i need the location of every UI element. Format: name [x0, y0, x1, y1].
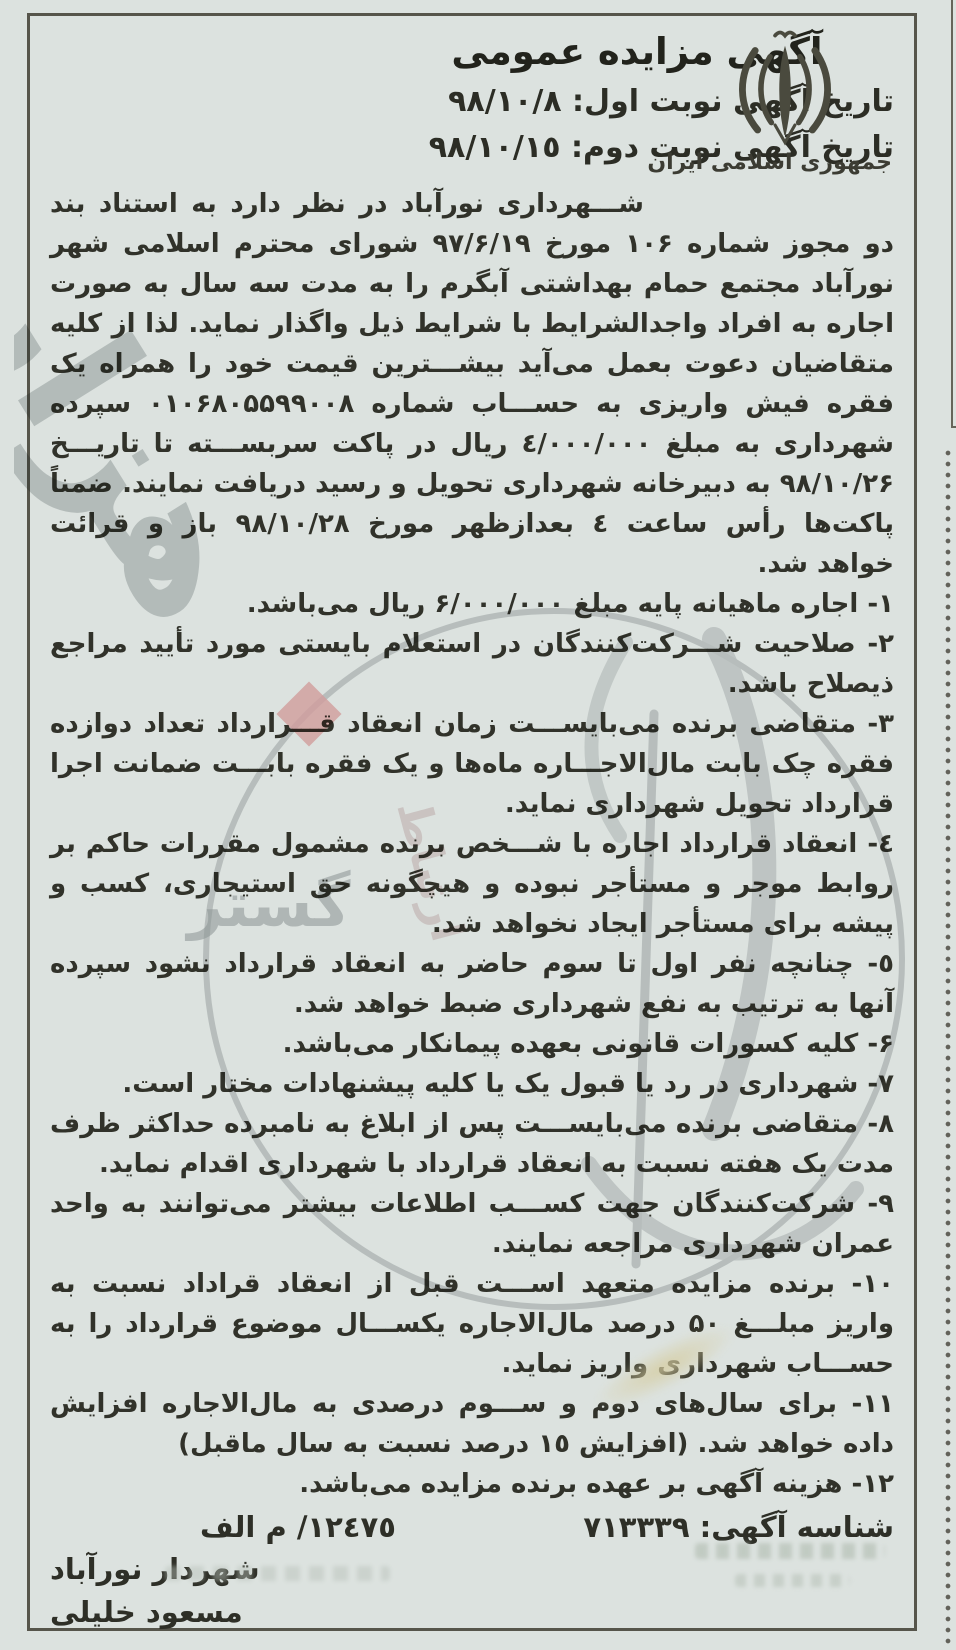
condition-item-10: ١٠- برنده مزایده متعهد اســـت قبل از انع… — [50, 1264, 894, 1384]
notice-footer: شناسه آگهی: ٧١٣٣٣٩ ١٢٤٧٥/ م الف — [50, 1510, 894, 1544]
condition-item-5: ٥- چنانچه نفر اول تا سوم حاضر به انعقاد … — [50, 944, 894, 1024]
ad-id: شناسه آگهی: ٧١٣٣٣٩ — [583, 1510, 894, 1544]
iran-emblem: جمهوری اسلامی ایران — [677, 30, 892, 175]
showthrough-text-mark — [735, 1574, 850, 1587]
showthrough-text-mark — [695, 1543, 885, 1559]
condition-item-6: ۶- کلیه کسورات قانونی بعهده پیمانکار می‌… — [50, 1024, 894, 1064]
iran-emblem-icon — [710, 30, 860, 148]
emblem-caption: جمهوری اسلامی ایران — [677, 150, 892, 175]
condition-item-8: ٨- متقاضی برنده می‌بایســـت پس از ابلاغ … — [50, 1104, 894, 1184]
notice-body: شـــهرداری نورآباد در نظر دارد به استناد… — [50, 178, 894, 1504]
condition-item-12: ١٢- هزینه آگهی بر عهده برنده مزایده می‌ب… — [50, 1464, 894, 1504]
adjacent-ad-border — [951, 0, 953, 428]
intro-paragraph: شـــهرداری نورآباد در نظر دارد به استناد… — [50, 184, 894, 584]
notice-header: جمهوری اسلامی ایران آگهی مزایده عمومی تا… — [50, 28, 894, 178]
condition-item-11: ١١- برای سال‌های دوم و ســـوم درصدی به م… — [50, 1384, 894, 1464]
condition-item-4: ٤- انعقاد قرارداد اجاره با شـــخص برنده … — [50, 824, 894, 944]
ad-reference-number: ١٢٤٧٥/ م الف — [200, 1510, 396, 1544]
condition-item-9: ٩- شرکت‌کنندگان جهت کســـب اطلاعات بیشتر… — [50, 1184, 894, 1264]
adjacent-ad-border-corner — [951, 426, 956, 428]
signature-name: مسعود خلیلی — [50, 1591, 894, 1634]
signature-block: شهردار نورآباد مسعود خلیلی — [50, 1548, 894, 1634]
condition-item-7: ٧- شهرداری در رد یا قبول یک یا کلیه پیشن… — [50, 1064, 894, 1104]
column-dotted-separator — [944, 448, 954, 1644]
condition-item-1: ١- اجاره ماهیانه پایه مبلغ ۶/٠٠٠/٠٠٠ ریا… — [50, 584, 894, 624]
condition-item-3: ٣- متقاضی برنده می‌بایســـت زمان انعقاد … — [50, 704, 894, 824]
newspaper-page: جمهوری اسلامی ایران آگهی مزایده عمومی تا… — [0, 0, 956, 1650]
showthrough-text-mark — [165, 1566, 390, 1581]
auction-notice-box: جمهوری اسلامی ایران آگهی مزایده عمومی تا… — [27, 13, 917, 1631]
condition-item-2: ٢- صلاحیت شـــرکت‌کنندگان در استعلام بای… — [50, 624, 894, 704]
